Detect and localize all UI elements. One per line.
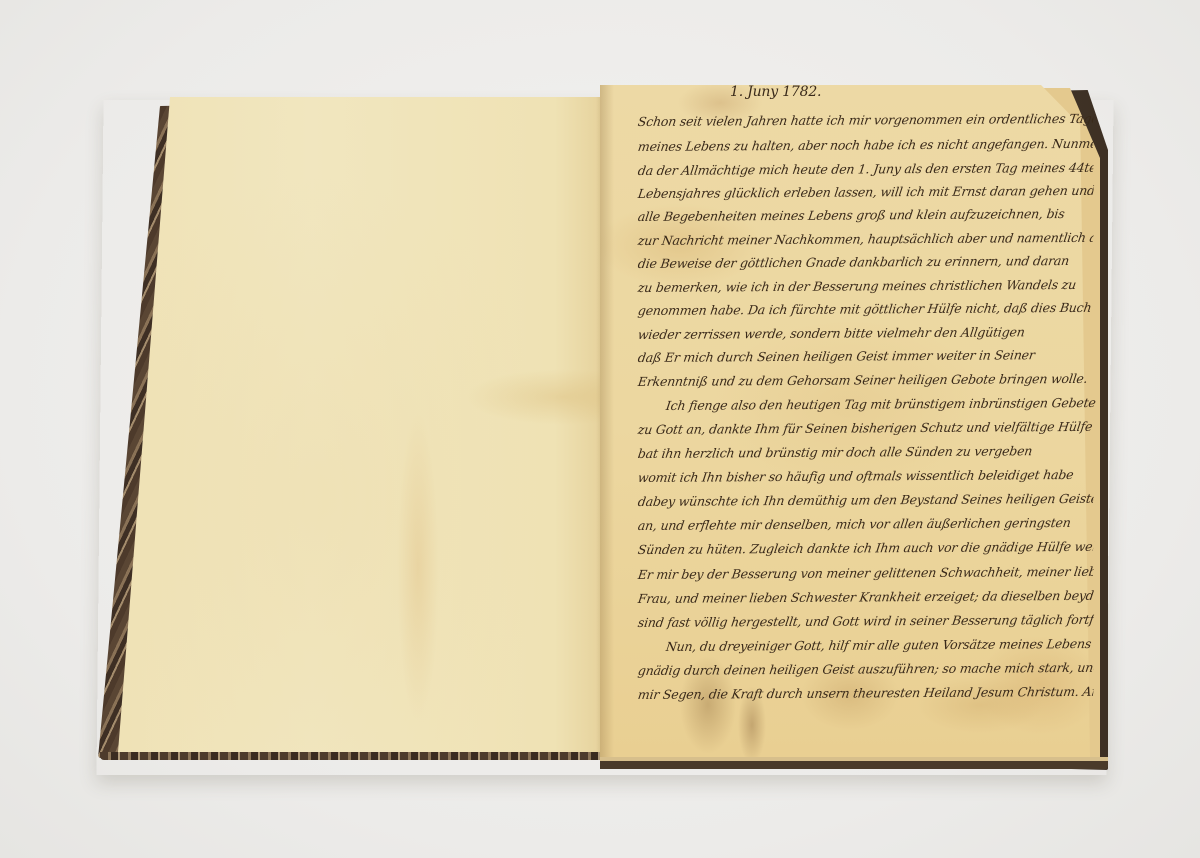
handwritten-line: zu bemerken, wie ich in der Besserung me… (637, 277, 1094, 295)
handwritten-line: Er mir bey der Besserung von meiner geli… (637, 564, 1094, 582)
handwritten-line: zu Gott an, dankte Ihm für Seinen bisher… (637, 419, 1094, 437)
handwritten-line: Lebensjahres glücklich erleben lassen, w… (637, 183, 1094, 201)
handwritten-line: zur Nachricht meiner Nachkommen, hauptsä… (637, 230, 1094, 248)
right-cover-bottom-edge (600, 757, 1108, 769)
handwritten-line: Nun, du dreyeiniger Gott, hilf mir alle … (665, 636, 1097, 654)
handwritten-line: gnädig durch deinen heiligen Geist auszu… (637, 660, 1094, 678)
handwritten-line: Frau, und meiner lieben Schwester Krankh… (637, 588, 1094, 606)
handwritten-line: Ich fienge also den heutigen Tag mit brü… (665, 395, 1097, 413)
handwritten-line: meines Lebens zu halten, aber noch habe … (637, 136, 1094, 154)
handwritten-line: alle Begebenheiten meines Lebens groß un… (637, 206, 1094, 224)
handwritten-line: Erkenntniß und zu dem Gehorsam Seiner he… (637, 371, 1094, 389)
handwritten-line: Schon seit vielen Jahren hatte ich mir v… (637, 111, 1094, 129)
photo-scene: 1. Juny 1782. Schon seit vielen Jahren h… (0, 0, 1200, 858)
handwritten-line: da der Allmächtige mich heute den 1. Jun… (637, 160, 1094, 178)
date-heading: 1. Juny 1782. (730, 84, 821, 100)
left-cover-bottom-edge (100, 752, 606, 760)
handwritten-line: die Beweise der göttlichen Gnade dankbar… (637, 253, 1094, 271)
left-blank-page (118, 97, 603, 752)
handwritten-line: Sünden zu hüten. Zugleich dankte ich Ihm… (637, 539, 1094, 557)
handwritten-line: dabey wünschte ich Ihn demüthig um den B… (637, 491, 1094, 509)
right-gutter-shadow (600, 85, 614, 757)
handwritten-line: sind fast völlig hergestellt, und Gott w… (637, 612, 1094, 630)
handwritten-line: daß Er mich durch Seinen heiligen Geist … (637, 347, 1094, 365)
handwritten-line: womit ich Ihn bisher so häufig und oftma… (637, 467, 1094, 485)
handwritten-line: wieder zerrissen werde, sondern bitte vi… (637, 324, 1094, 342)
handwritten-line: bat ihn herzlich und brünstig mir doch a… (637, 443, 1094, 461)
handwritten-line: mir Segen, die Kraft durch unsern theure… (637, 684, 1094, 702)
handwritten-line: an, und erflehte mir denselben, mich vor… (637, 515, 1094, 533)
handwritten-line: genommen habe. Da ich fürchte mit göttli… (637, 300, 1094, 318)
